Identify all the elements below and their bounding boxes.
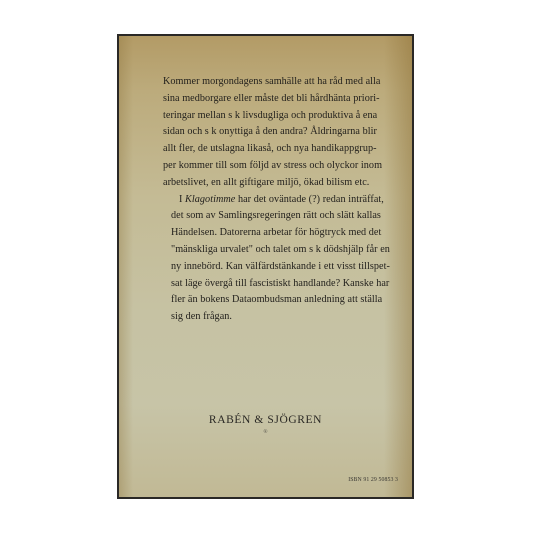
isbn-number: ISBN 91 29 50853 3 [348, 477, 398, 483]
blurb-line: sat läge övergå till fascistiskt handlan… [163, 276, 375, 293]
registered-mark-icon: ® [119, 429, 412, 435]
blurb-line: arbetslivet, en allt giftigare miljö, ök… [163, 175, 375, 192]
blurb-line: allt fler, de utslagna likaså, och nya h… [163, 141, 375, 158]
blurb-line: sig den frågan. [163, 309, 375, 326]
blurb-line: sina medborgare eller måste det bli hård… [163, 91, 375, 108]
blurb-paragraph-1: Kommer morgondagens samhälle att ha råd … [163, 74, 375, 192]
book-back-cover: Kommer morgondagens samhälle att ha råd … [117, 34, 414, 499]
blurb-line-rest: har det oväntade (?) redan inträffat, [235, 194, 384, 205]
blurb-line: det som av Samlingsregeringen rätt och s… [163, 208, 375, 225]
blurb-line: I Klagotimme har det oväntade (?) redan … [163, 192, 375, 209]
blurb-line: "mänskliga urvalet" och talet om s k död… [163, 242, 375, 259]
blurb-line: per kommer till som följd av stress och … [163, 158, 375, 175]
publisher-name: RABÉN & SJÖGREN [119, 414, 412, 426]
blurb-line: Kommer morgondagens samhälle att ha råd … [163, 74, 375, 91]
blurb-paragraph-2: I Klagotimme har det oväntade (?) redan … [163, 192, 375, 326]
blurb-line: Händelsen. Datorerna arbetar för högtryc… [163, 225, 375, 242]
book-title: Klagotimme [185, 194, 235, 205]
blurb-line: sidan och s k onyttiga å den andra? Åldr… [163, 124, 375, 141]
blurb-text: Kommer morgondagens samhälle att ha råd … [163, 74, 375, 326]
blurb-line: teringar mellan s k livsdugliga och prod… [163, 108, 375, 125]
blurb-line: fler än bokens Dataombudsman anledning a… [163, 292, 375, 309]
blurb-line: ny innebörd. Kan välfärdstänkande i ett … [163, 259, 375, 276]
